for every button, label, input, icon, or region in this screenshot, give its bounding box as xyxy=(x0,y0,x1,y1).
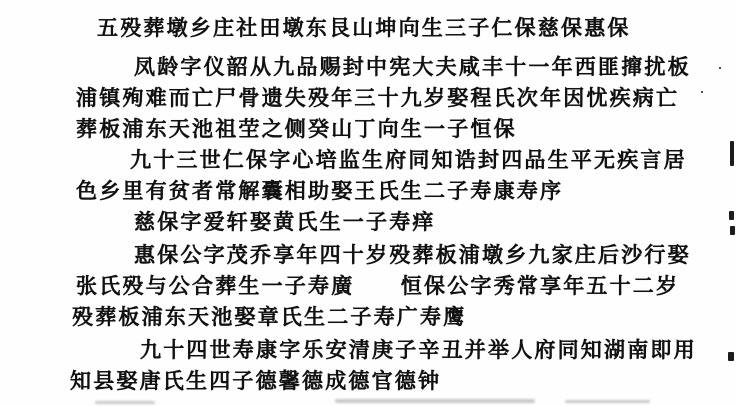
scan-artifact xyxy=(730,141,734,166)
scan-artifact xyxy=(728,352,734,361)
scan-smudge xyxy=(95,401,155,404)
scan-artifact xyxy=(719,67,721,69)
text-line: 九十三世仁保字心培监生府同知诰封四品生平无疾言居 xyxy=(130,148,687,172)
text-line: 慈保字爱轩娶黄氏生一子寿痒 xyxy=(134,210,436,234)
text-line: 张氏殁与公合葬生一子寿廣 恒保公字秀常享年五十二岁 xyxy=(76,274,679,298)
text-line: 色乡里有贫者常解囊相助娶王氏生二子寿康寿序 xyxy=(76,179,563,203)
text-line: 凤龄字仪韶从九品赐封中宪大夫咸丰十一年西匪撺扰板 xyxy=(134,55,691,79)
text-line: 殁葬板浦东天池娶章氏生二子寿广寿鹰 xyxy=(72,305,466,329)
text-line: 五殁葬墩乡庄社田墩东艮山坤向生三子仁保慈保惠保 xyxy=(97,16,631,40)
scan-smudge xyxy=(565,400,650,403)
scan-artifact xyxy=(729,211,734,220)
text-line: 知县娶唐氏生四子德馨德成德官德钟 xyxy=(70,369,441,393)
scan-artifact xyxy=(701,91,703,93)
text-line: 九十四世寿康字乐安清庚子辛丑并举人府同知湖南即用 xyxy=(140,338,697,362)
scan-artifact xyxy=(730,226,735,235)
text-line: 葬板浦东天池祖茔之侧癸山丁向生一子恒保 xyxy=(76,117,517,141)
text-line: 惠保公字茂乔享年四十岁殁葬板浦墩乡九家庄后沙行娶 xyxy=(134,243,691,267)
text-line: 浦镇殉难而亡尸骨遗失殁年三十九岁娶程氏次年因忧疾病亡 xyxy=(76,86,679,110)
scanned-page: 五殁葬墩乡庄社田墩东艮山坤向生三子仁保慈保惠保 凤龄字仪韶从九品赐封中宪大夫咸丰… xyxy=(0,0,736,406)
scan-smudge xyxy=(335,399,535,403)
